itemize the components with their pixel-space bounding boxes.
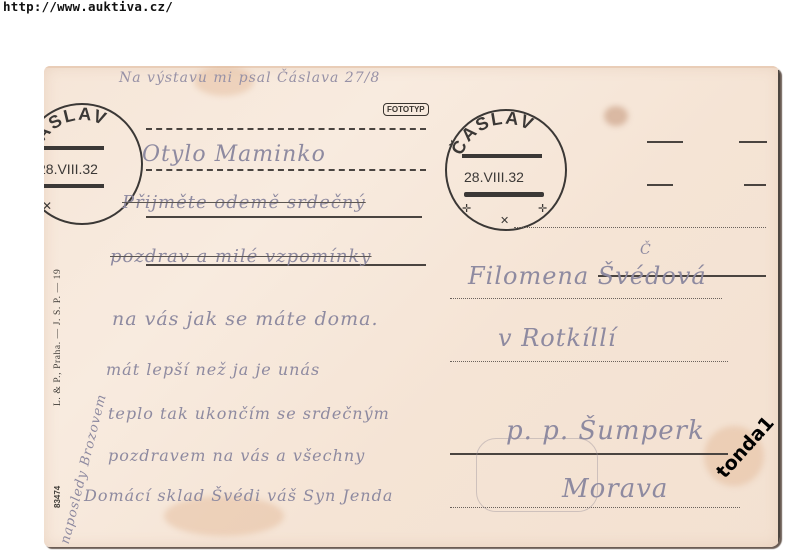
address-rule xyxy=(744,184,766,186)
svg-text:✛: ✛ xyxy=(538,203,547,215)
message-line: Otylo Maminko xyxy=(142,142,326,167)
margin-note: naposledy Brozovem xyxy=(58,392,110,545)
message-line: pozdravem na vás a všechny xyxy=(108,446,365,465)
address-rule xyxy=(450,361,728,362)
address-street: v Rotkíllí xyxy=(498,324,617,352)
card-edge-top xyxy=(44,66,780,68)
address-rule xyxy=(739,141,767,143)
message-rule xyxy=(146,169,426,171)
serial-number: 83474 xyxy=(53,486,62,508)
card-edge-right xyxy=(778,70,780,543)
svg-text:✕: ✕ xyxy=(500,215,509,227)
address-number: Č xyxy=(640,242,652,258)
postcard: Na výstavu mi psal Čáslava 27/8 FOTOTYP … xyxy=(44,66,780,547)
svg-text:ČASLAV: ČASLAV xyxy=(446,108,538,158)
message-rule xyxy=(146,216,422,218)
address-rule xyxy=(647,141,683,143)
message-line: Domácí sklad Švédi váš Syn Jenda xyxy=(84,486,393,505)
address-rule xyxy=(450,298,722,299)
address-rule xyxy=(514,227,766,228)
printer-imprint: L. & P., Praha. — J. S. P. — 19 xyxy=(53,269,63,406)
message-line: pozdrav a milé vzpomínky xyxy=(110,246,372,267)
svg-text:✕: ✕ xyxy=(44,199,52,213)
postmark-right: ČASLAV 28.VIII.32 ✛ ✛ ✕ xyxy=(442,106,570,234)
address-rule xyxy=(647,184,673,186)
svg-text:28.VIII.32: 28.VIII.32 xyxy=(44,161,98,177)
site-url: http://www.auktiva.cz/ xyxy=(3,0,173,14)
message-line: mát lepší než ja je unás xyxy=(106,360,320,379)
message-line: teplo tak ukončím se srdečným xyxy=(108,404,390,423)
address-region: Morava xyxy=(562,474,668,504)
svg-text:28.VIII.32: 28.VIII.32 xyxy=(464,169,524,185)
message-line: Přijměte odemě srdečný xyxy=(122,192,366,213)
svg-text:✛: ✛ xyxy=(462,203,471,215)
stain xyxy=(604,106,628,126)
fototyp-badge: FOTOTYP xyxy=(383,103,429,116)
address-town: p. p. Šumperk xyxy=(506,416,705,446)
message-line: na vás jak se máte doma. xyxy=(112,308,379,330)
message-header-line: Na výstavu mi psal Čáslava 27/8 xyxy=(119,70,380,86)
message-rule xyxy=(146,128,426,130)
address-recipient: Filomena Švédová xyxy=(468,262,707,290)
